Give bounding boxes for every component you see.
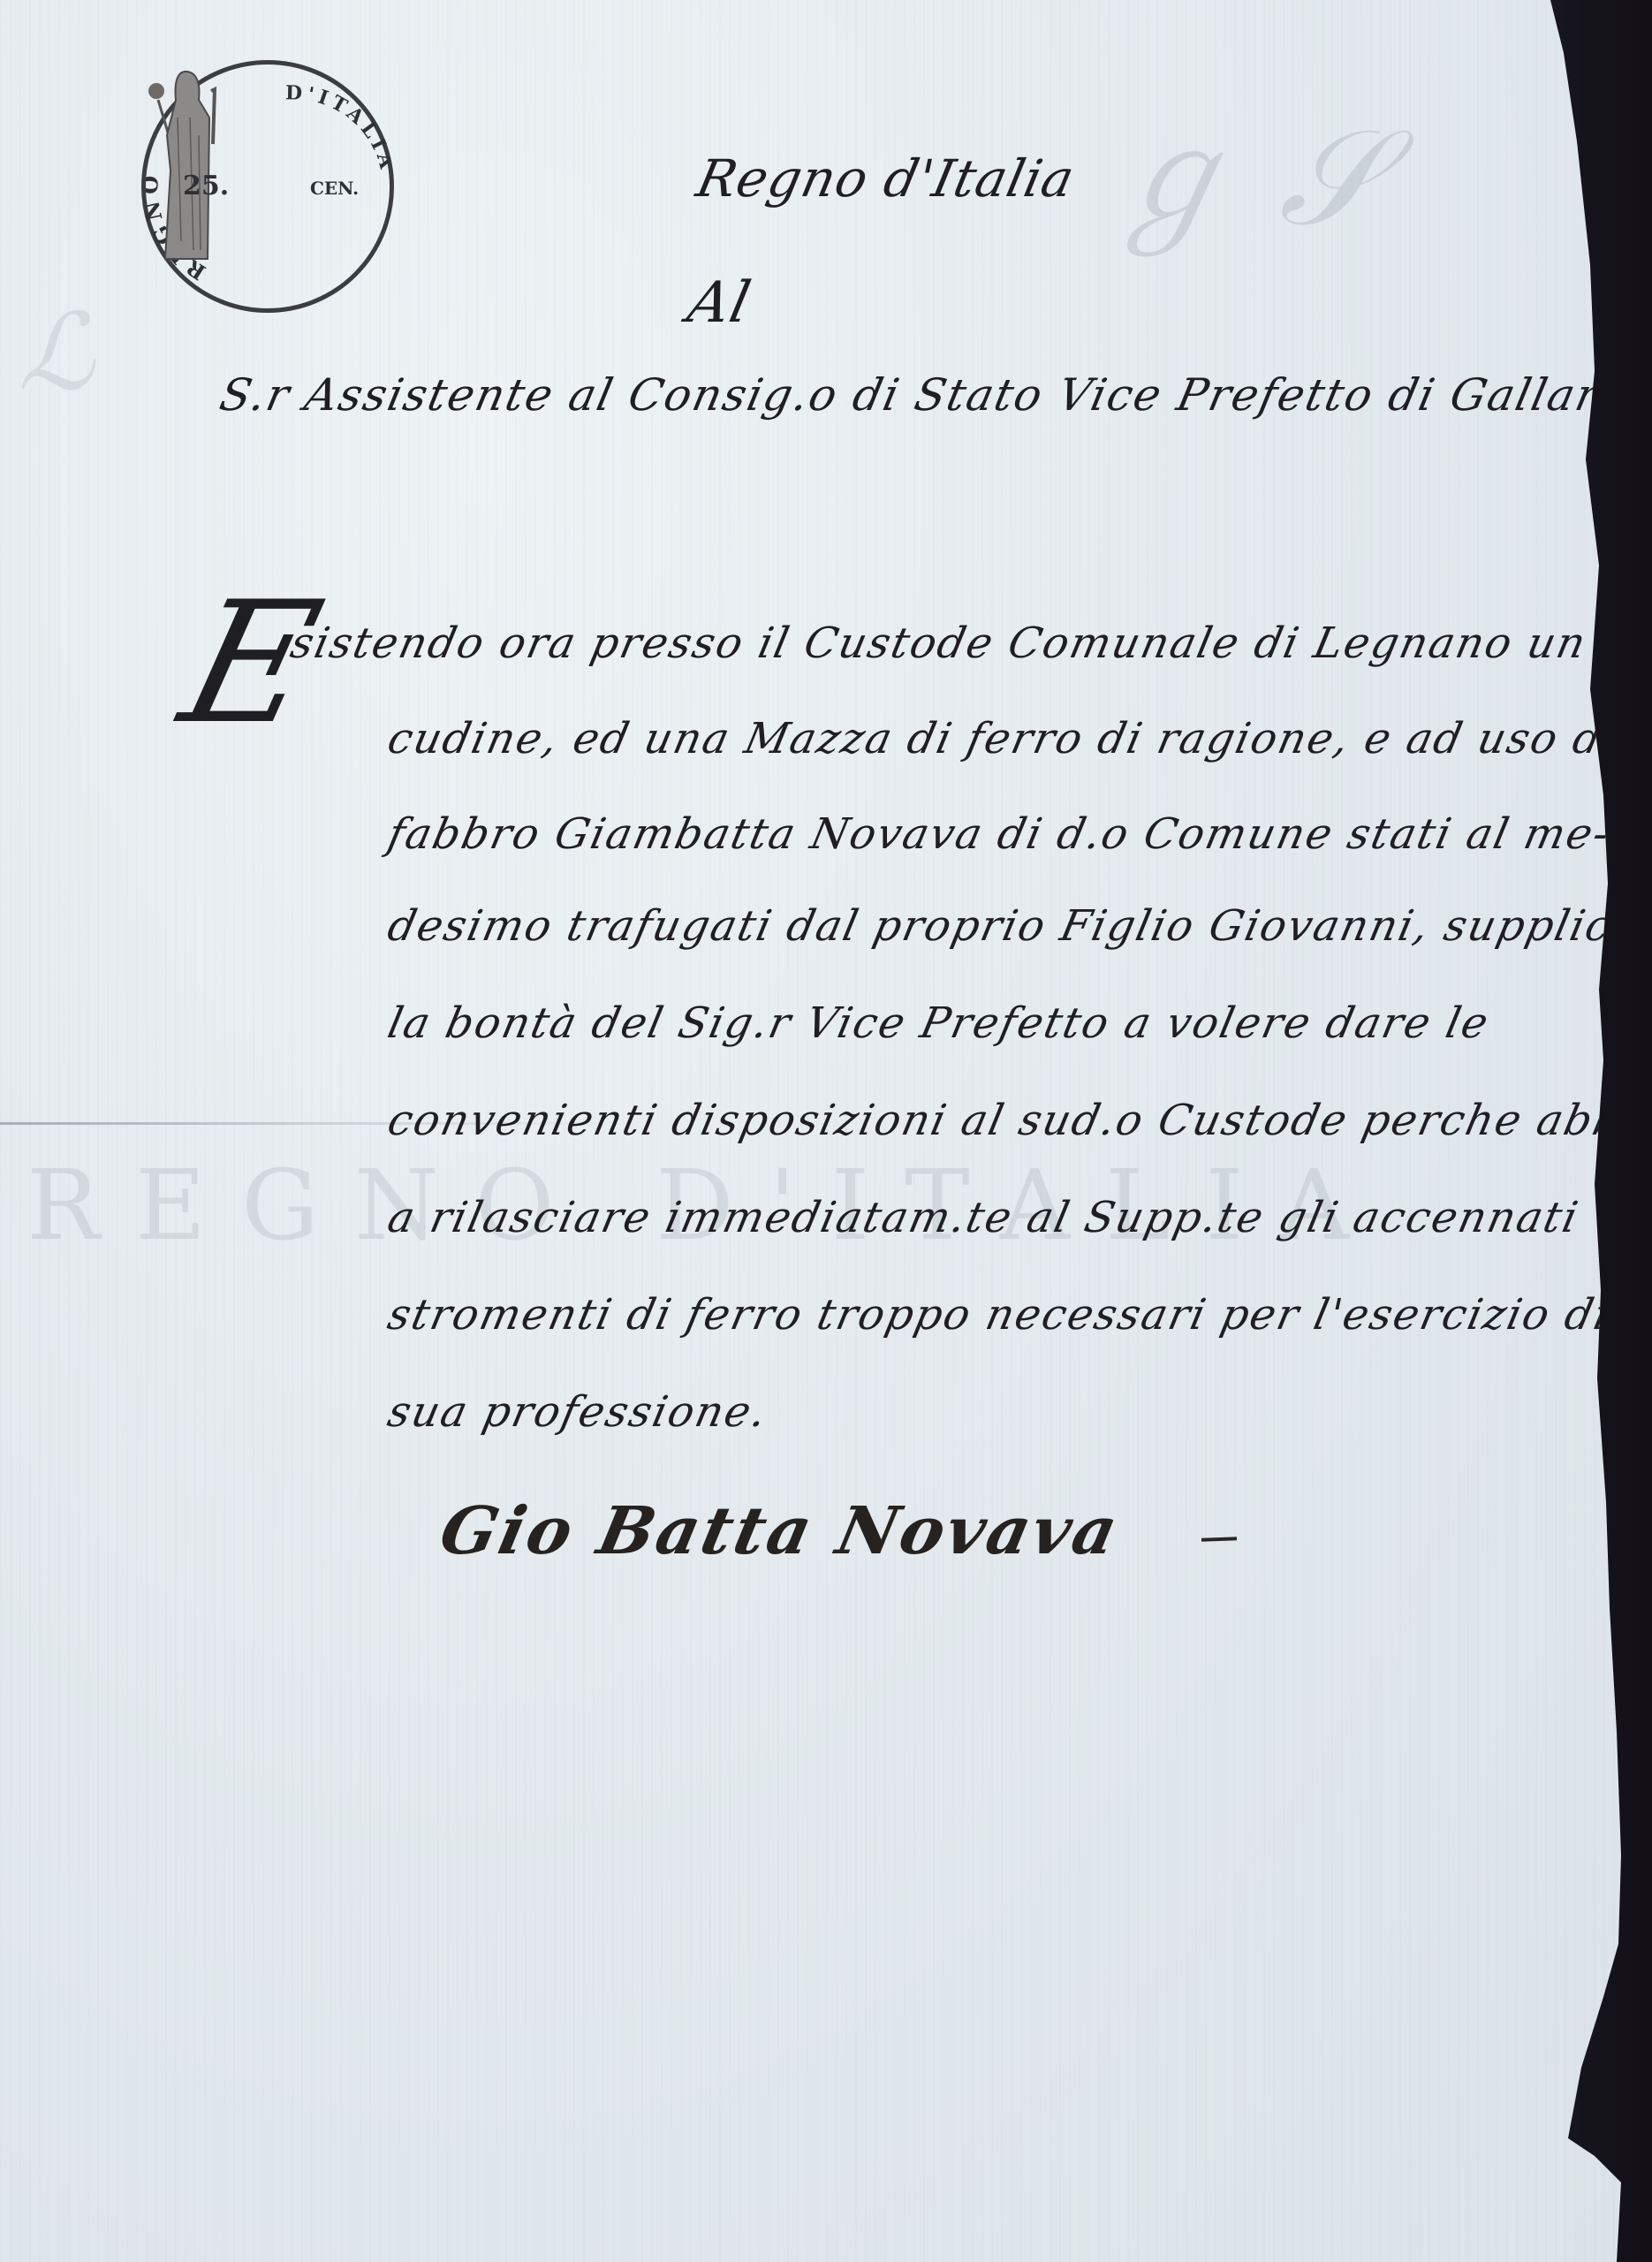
salutation: Al — [682, 270, 756, 336]
body-line-6: convenienti disposizioni al sud.o Custod… — [383, 1096, 1652, 1145]
body-line-5: la bontà del Sig.r Vice Prefetto a voler… — [383, 998, 1494, 1048]
body-line-9: sua professione. — [383, 1387, 772, 1437]
bleed-through-marks: ℊ 𝒮 — [1104, 71, 1528, 389]
body-line-3: fabbro Giambatta Novava di d.o Comune st… — [383, 809, 1615, 859]
bleed-through-marks-left: ℒ — [18, 292, 94, 414]
stamp-value: 25. — [183, 171, 229, 201]
signature: Gio Batta Novava — [434, 1493, 1126, 1569]
tax-stamp: REGNO D'ITALIA 25. CEN. — [141, 60, 394, 313]
body-line-7: a rilasciare immediatam.te al Supp.te gl… — [383, 1193, 1584, 1242]
stamp-right-arc-text: D'ITALIA — [285, 81, 390, 175]
document-heading: Regno d'Italia — [692, 148, 1080, 209]
signature-flourish — [1201, 1537, 1237, 1541]
body-line-4: desimo trafugati dal proprio Figlio Giov… — [383, 901, 1644, 951]
allegorical-figure-icon — [146, 65, 225, 268]
document-sheet: REGNO D'ITALIA ℊ 𝒮 ℒ REGNO D'ITALIA 25. … — [0, 0, 1621, 2262]
svg-text:D'ITALIA: D'ITALIA — [285, 81, 390, 175]
body-line-2: cudine, ed una Mazza di ferro di ragione… — [383, 714, 1650, 763]
body-line-1: sistendo ora presso il Custode Comunale … — [286, 619, 1652, 668]
body-line-8: stromenti di ferro troppo necessari per … — [383, 1290, 1615, 1340]
addressee-line: S.r Assistente al Consig.o di Stato Vice… — [216, 369, 1652, 421]
stamp-unit: CEN. — [310, 178, 359, 199]
